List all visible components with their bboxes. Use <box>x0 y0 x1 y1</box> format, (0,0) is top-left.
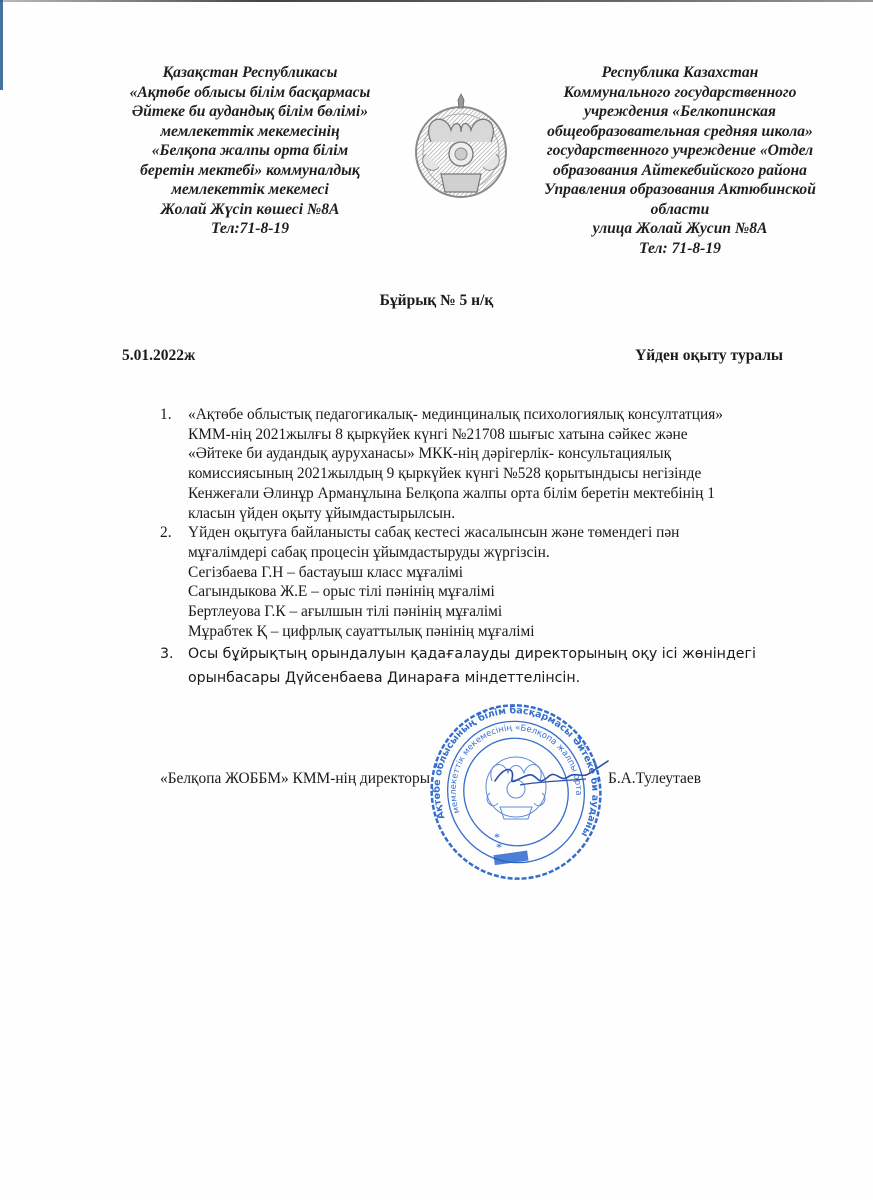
teacher-line: Сагындыкова Ж.Е – орыс тілі пәнінің мұға… <box>188 582 790 602</box>
header-right-line: учреждения «Белкопинская <box>520 102 840 122</box>
header-left-line: «Ақтөбе облысы білім басқармасы <box>100 83 400 103</box>
item-number: 2. <box>160 523 172 543</box>
svg-text:*: * <box>496 840 502 854</box>
item-line: мұғалімдері сабақ процесін ұйымдастыруды… <box>188 543 790 563</box>
header-left-line: мемлекеттік мекемесінің <box>100 122 400 142</box>
order-item-1: 1. «Ақтөбе облыстық педагогикалық- медин… <box>150 405 790 523</box>
item-line: Үйден оқытуға байланысты сабақ кестесі ж… <box>188 523 790 543</box>
header-left-line: Жолай Жүсіп көшесі №8А <box>100 200 400 220</box>
signatory-name: Б.А.Тулеутаев <box>608 770 701 788</box>
scan-edge-left <box>0 0 3 90</box>
header-right-line: Коммунального государственного <box>520 83 840 103</box>
header-left-line: мемлекеттік мекемесі <box>100 180 400 200</box>
item-number: 1. <box>160 405 172 425</box>
header-left-line: «Белқопа жалпы орта білім <box>100 141 400 161</box>
teacher-line: Бертлеуова Г.К – ағылшын тілі пәнінің мұ… <box>188 602 790 622</box>
item-line: орынбасары Дүйсенбаева Динараға міндетте… <box>188 666 790 690</box>
item-line: Кенжеғали Әлинұр Арманұлына Белқопа жалп… <box>188 484 790 504</box>
header-right-line: Управления образования Актюбинской <box>520 180 840 200</box>
handwritten-signature-icon <box>490 755 610 795</box>
order-item-2: 2. Үйден оқытуға байланысты сабақ кестес… <box>150 523 790 641</box>
header-right-line: общеобразовательная средняя школа» <box>520 122 840 142</box>
order-item-3: 3. Осы бұйрықтың орындалуын қадағалауды … <box>150 642 790 690</box>
item-line: класын үйден оқыту ұйымдастырылсын. <box>188 504 790 524</box>
header-left-line: Әйтеке би аудандық білім бөлімі» <box>100 102 400 122</box>
header-right-line: области <box>520 200 840 220</box>
document-page: Қазақстан Республикасы «Ақтөбе облысы бі… <box>0 0 873 1200</box>
header-right-line: государственного учреждение «Отдел <box>520 141 840 161</box>
order-title: Бұйрық № 5 н/қ <box>0 292 873 310</box>
teacher-line: Мұрабтек Қ – цифрлық сауаттылық пәнінің … <box>188 622 790 642</box>
header-right-russian: Республика Казахстан Коммунального госуд… <box>520 63 840 258</box>
header-right-line: Тел: 71-8-19 <box>520 239 840 259</box>
item-line: «Ақтөбе облыстық педагогикалық- мединцин… <box>188 405 790 425</box>
scan-edge-top <box>0 0 873 2</box>
header-left-line: Қазақстан Республикасы <box>100 63 400 83</box>
item-number: 3. <box>160 642 174 666</box>
header-right-line: образования Айтекебийского района <box>520 161 840 181</box>
header-left-line: беретін мектебі» коммуналдық <box>100 161 400 181</box>
order-items: 1. «Ақтөбе облыстық педагогикалық- медин… <box>150 405 790 690</box>
header-left-kazakh: Қазақстан Республикасы «Ақтөбе облысы бі… <box>100 63 400 239</box>
item-line: КММ-нің 2021жылғы 8 қыркүйек күнгі №2170… <box>188 425 790 445</box>
signatory-position: «Белқопа ЖОББМ» КММ-нің директоры <box>160 770 430 788</box>
order-date: 5.01.2022ж <box>122 347 195 365</box>
state-emblem-icon <box>411 92 511 202</box>
header-left-line: Тел:71-8-19 <box>100 219 400 239</box>
order-subject: Үйден оқыту туралы <box>635 347 783 365</box>
teacher-line: Сегізбаева Г.Н – бастауыш класс мұғалімі <box>188 563 790 583</box>
item-line: Осы бұйрықтың орындалуын қадағалауды дир… <box>188 642 790 666</box>
header-right-line: Республика Казахстан <box>520 63 840 83</box>
item-line: «Әйтеке би аудандық ауруханасы» МКК-нің … <box>188 444 790 464</box>
header-right-line: улица Жолай Жусип №8А <box>520 219 840 239</box>
item-line: комиссиясының 2021жылдың 9 қыркүйек күнг… <box>188 464 790 484</box>
